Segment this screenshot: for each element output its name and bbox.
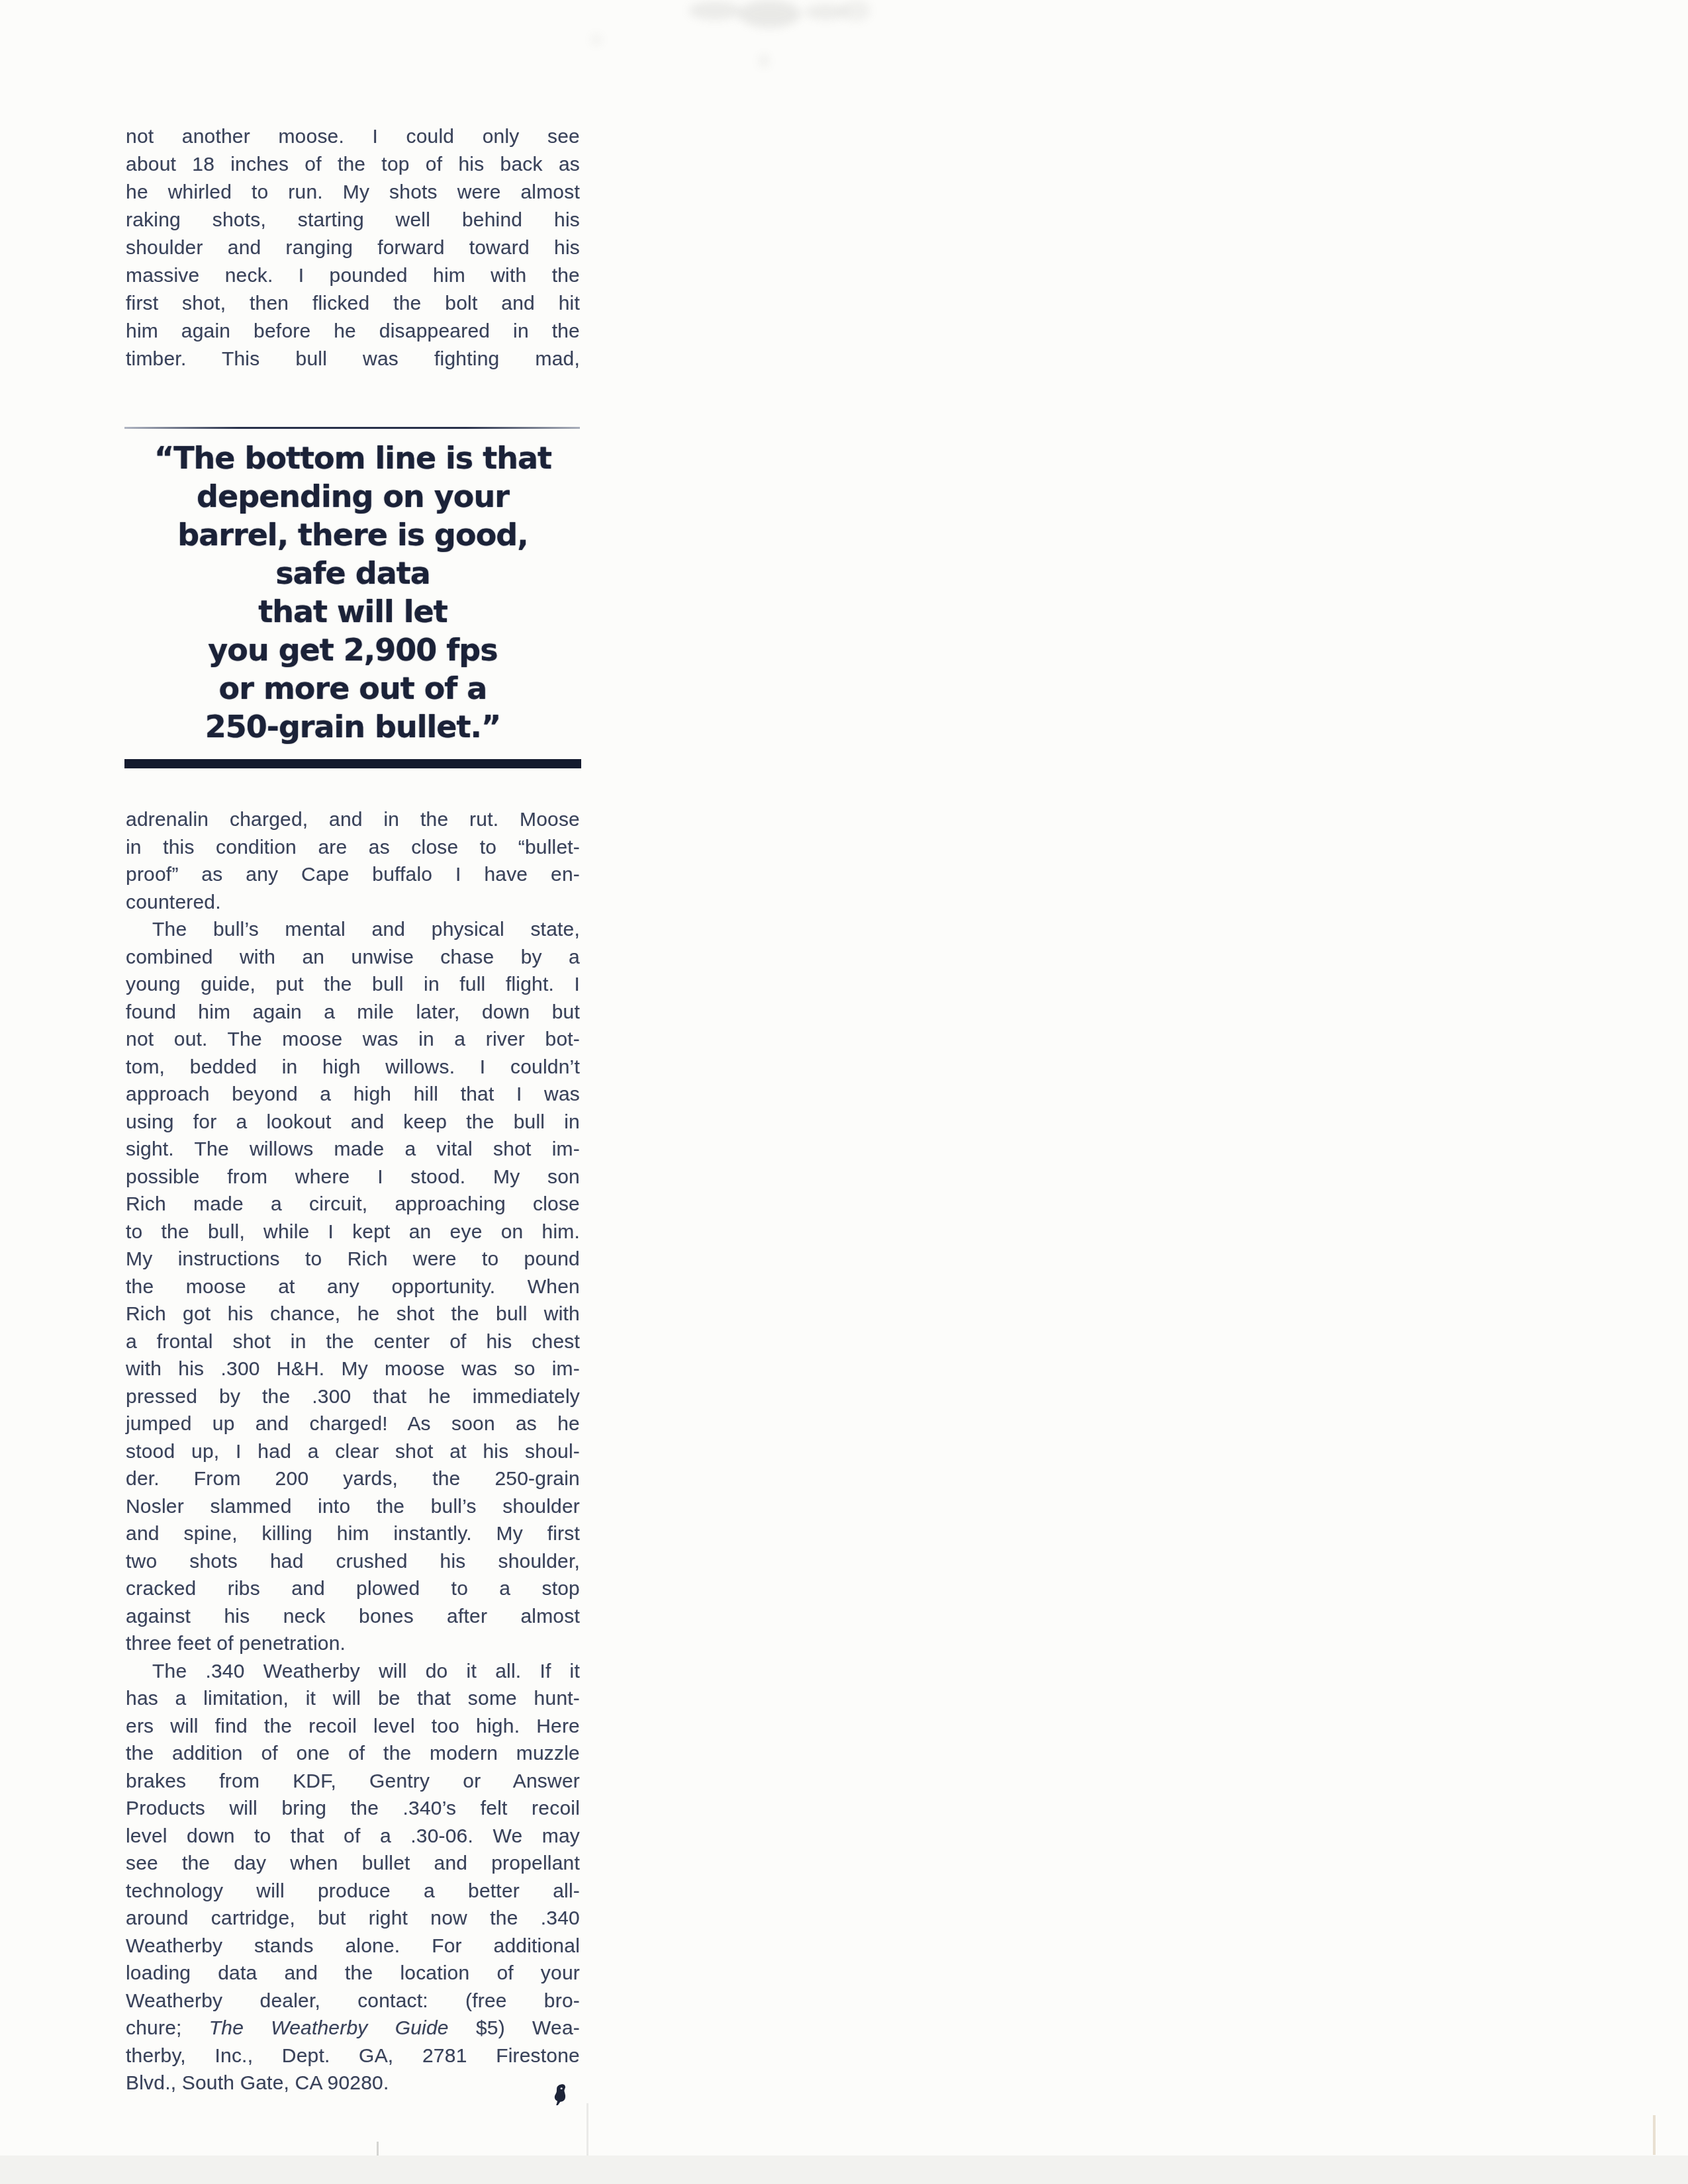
body-text-line: My instructions to Rich were to pound [126,1246,580,1273]
body-text-line: he whirled to run. My shots were almost [126,179,580,206]
body-text-line: around cartridge, but right now the .340 [126,1905,580,1933]
body-text-line: proof” as any Cape buffalo I have en- [126,861,580,889]
pull-quote-line: you get 2,900 fps [106,631,600,669]
body-text-line: Weatherby dealer, contact: (free bro- [126,1987,580,2015]
body-text-line: not out. The moose was in a river bot- [126,1026,580,1054]
body-text-line: and spine, killing him instantly. My fir… [126,1520,580,1548]
body-text-line: brakes from KDF, Gentry or Answer [126,1768,580,1796]
body-text-fragment: chure; [126,2017,209,2039]
pull-quote-line: safe data [106,554,600,592]
pull-quote: “The bottom line is thatdepending on you… [106,439,600,746]
body-text-line: raking shots, starting well behind his [126,206,580,234]
body-text-line: two shots had crushed his shoulder, [126,1548,580,1576]
scan-artifact [738,0,801,28]
pull-quote-line: barrel, there is good, [106,516,600,554]
scan-artifact [591,34,602,45]
magazine-page-scan: not another moose. I could only seeabout… [0,0,1688,2184]
body-text-line: not another moose. I could only see [126,123,580,151]
body-text-line: pressed by the .300 that he immediately [126,1383,580,1411]
scan-artifact [804,4,847,20]
body-text-line: sight. The willows made a vital shot im- [126,1136,580,1163]
body-text-line: Products will bring the .340’s felt reco… [126,1795,580,1823]
body-text-line: technology will produce a better all- [126,1878,580,1905]
body-text-line: level down to that of a .30-06. We may [126,1823,580,1850]
body-text-line: the addition of one of the modern muzzle [126,1740,580,1768]
body-text-line: the moose at any opportunity. When [126,1273,580,1301]
body-text-line: him again before he disappeared in the [126,318,580,345]
body-text-line: Nosler slammed into the bull’s shoulder [126,1493,580,1521]
body-text-line: in this condition are as close to “bulle… [126,834,580,862]
body-text-line: stood up, I had a clear shot at his shou… [126,1438,580,1466]
body-text-line: loading data and the location of your [126,1960,580,1987]
body-text-line: about 18 inches of the top of his back a… [126,151,580,179]
body-text-line: three feet of penetration. [126,1630,580,1658]
body-text-line: combined with an unwise chase by a [126,944,580,972]
body-text-line: der. From 200 yards, the 250-grain [126,1465,580,1493]
scan-artifact [841,0,870,21]
body-text-line: see the day when bullet and propellant [126,1850,580,1878]
article-text-column-bottom: adrenalin charged, and in the rut. Moose… [126,806,580,2097]
body-text-line: found him again a mile later, down but [126,999,580,1026]
body-text-line: jumped up and charged! As soon as he [126,1410,580,1438]
pull-quote-line: that will let [106,592,600,631]
body-text-line: has a limitation, it will be that some h… [126,1685,580,1713]
pull-quote-line: “The bottom line is that [106,439,600,477]
divider-thin [124,427,580,429]
end-of-article-icon [549,2083,569,2106]
body-text-line: approach beyond a high hill that I was [126,1081,580,1109]
scan-artifact [377,2142,379,2156]
body-text-line: therby, Inc., Dept. GA, 2781 Firestone [126,2042,580,2070]
pull-quote-line: 250-grain bullet.” [106,707,600,746]
body-text-line: countered. [126,889,580,917]
article-text-column-top: not another moose. I could only seeabout… [126,123,580,373]
body-text-line: Rich made a circuit, approaching close [126,1191,580,1218]
body-text-line: adrenalin charged, and in the rut. Moose [126,806,580,834]
scan-artifact [586,2103,588,2158]
body-text-line: possible from where I stood. My son [126,1163,580,1191]
body-text-line: shoulder and ranging forward toward his [126,234,580,262]
body-text-line: a frontal shot in the center of his ches… [126,1328,580,1356]
body-text-line: ers will find the recoil level too high.… [126,1713,580,1741]
body-text-line: chure; The Weatherby Guide $5) Wea- [126,2015,580,2042]
body-text-line: against his neck bones after almost [126,1603,580,1631]
scan-edge-band [0,2156,1688,2184]
scan-artifact [759,54,769,68]
body-text-line: using for a lookout and keep the bull in [126,1109,580,1136]
body-text-line: with his .300 H&H. My moose was so im- [126,1355,580,1383]
body-text-line: young guide, put the bull in full flight… [126,971,580,999]
divider-thick [124,759,581,768]
body-text-line: to the bull, while I kept an eye on him. [126,1218,580,1246]
body-text-line: Rich got his chance, he shot the bull wi… [126,1300,580,1328]
italic-title-text: The Weatherby Guide [209,2017,449,2039]
scan-artifact [688,1,741,20]
pull-quote-line: or more out of a [106,669,600,707]
body-text-fragment: $5) Wea- [449,2017,580,2039]
pull-quote-line: depending on your [106,477,600,516]
body-text-line: Blvd., South Gate, CA 90280. [126,2070,580,2097]
body-text-line: timber. This bull was fighting mad, [126,345,580,373]
body-text-line: Weatherby stands alone. For additional [126,1933,580,1960]
body-text-line: The .340 Weatherby will do it all. If it [126,1658,580,1686]
body-text-line: cracked ribs and plowed to a stop [126,1575,580,1603]
body-text-line: The bull’s mental and physical state, [126,916,580,944]
body-text-line: massive neck. I pounded him with the [126,262,580,290]
body-text-line: first shot, then flicked the bolt and hi… [126,290,580,318]
scan-artifact [1653,2115,1656,2155]
body-text-line: tom, bedded in high willows. I couldn’t [126,1054,580,1081]
